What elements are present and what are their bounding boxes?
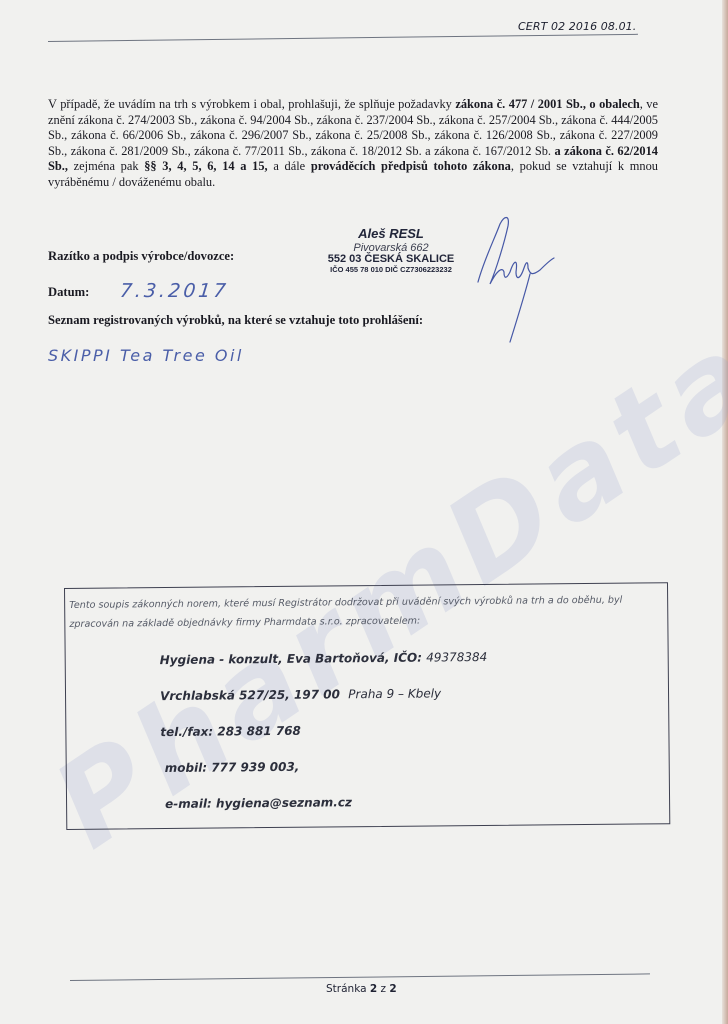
- company-name: Hygiena - konzult, Eva Bartoňová, IČO:: [160, 651, 422, 668]
- stamp-signature-label: Razítko a podpis výrobce/dovozce:: [48, 249, 234, 264]
- date-value: 7.3.2017: [119, 280, 230, 302]
- page-word: Stránka: [326, 983, 367, 995]
- document-code: CERT 02 2016 08.01.: [518, 20, 636, 33]
- declaration-segment: prováděcích předpisů tohoto zákona: [311, 159, 511, 173]
- company-stamp: Aleš RESL Pivovarská 662 552 03 ČESKÁ SK…: [296, 226, 486, 274]
- stamp-city: 552 03 ČESKÁ SKALICE: [296, 253, 486, 265]
- total-pages: 2: [389, 983, 396, 995]
- declaration-segment: zákona č. 477 / 2001 Sb., o obalech: [455, 97, 639, 111]
- declaration-segment: V případě, že uvádím na trh s výrobkem i…: [48, 97, 455, 111]
- declaration-paragraph: V případě, že uvádím na trh s výrobkem i…: [48, 97, 658, 191]
- contact-company: Hygiena - konzult, Eva Bartoňová, IČO: 4…: [160, 650, 488, 667]
- declaration-segment: a dále: [268, 159, 311, 173]
- info-note: Tento soupis zákonných norem, které musí…: [69, 590, 665, 634]
- contact-email: e-mail: hygiena@seznam.cz: [165, 795, 352, 811]
- header-rule: [48, 34, 638, 42]
- address-street: Vrchlabská 527/25, 197 00: [160, 687, 340, 703]
- contact-mobile: mobil: 777 939 003,: [165, 760, 300, 775]
- address-city: Praha 9 – Kbely: [348, 686, 441, 701]
- products-value: SKIPPI Tea Tree Oil: [48, 346, 244, 365]
- footer-rule: [70, 973, 650, 981]
- contact-phone: tel./fax: 283 881 768: [160, 724, 301, 739]
- contact-address: Vrchlabská 527/25, 197 00 Praha 9 – Kbel…: [160, 686, 441, 703]
- stamp-name: Aleš RESL: [296, 226, 486, 241]
- info-box: Tento soupis zákonných norem, které musí…: [64, 582, 670, 830]
- declaration-segment: §§ 3, 4, 5, 6, 14 a 15,: [144, 159, 267, 173]
- date-label: Datum:: [48, 285, 89, 300]
- page-edge: [722, 0, 728, 1024]
- stamp-ids: IČO 455 78 010 DIČ CZ7306223232: [296, 265, 486, 274]
- of-word: z: [381, 983, 387, 995]
- page-number: Stránka 2 z 2: [326, 983, 397, 995]
- current-page: 2: [370, 983, 377, 995]
- handwritten-signature: [470, 210, 560, 350]
- declaration-segment: zejména pak: [68, 159, 144, 173]
- company-ico: 49378384: [426, 650, 487, 665]
- products-label: Seznam registrovaných výrobků, na které …: [48, 313, 423, 328]
